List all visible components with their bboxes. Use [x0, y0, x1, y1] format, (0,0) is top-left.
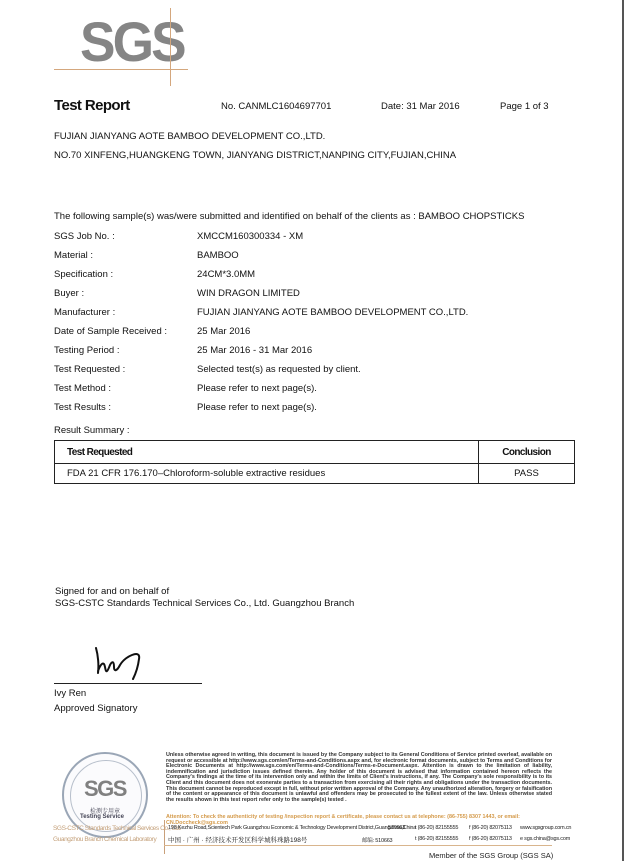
field-label: Test Requested : [54, 364, 125, 375]
result-summary-table: Test Requested Conclusion FDA 21 CFR 176… [54, 440, 575, 484]
field-row-date-received: Date of Sample Received : 25 Mar 2016 [54, 326, 594, 345]
field-label: Buyer : [54, 288, 84, 299]
table-row: FDA 21 CFR 176.170–Chloroform-soluble ex… [55, 464, 575, 484]
footer-fax-cn: f (86-20) 82075113 [469, 836, 512, 842]
footer-address-cn: 中国 · 广州 · 经济技术开发区科学城科珠路198号 [168, 835, 307, 844]
intro-statement: The following sample(s) was/were submitt… [54, 211, 524, 222]
footer-rule-vertical [164, 820, 165, 854]
footer-email-link[interactable]: e sgs.china@sgs.com [520, 836, 570, 842]
signed-on-behalf-line: Signed for and on behalf of [55, 586, 169, 597]
cell-test-requested: FDA 21 CFR 176.170–Chloroform-soluble ex… [55, 464, 479, 484]
field-value: 24CM*3.0MM [197, 269, 255, 280]
signatory-title: Approved Signatory [54, 703, 137, 714]
footer-telephone: t (86-20) 82155555 [415, 825, 458, 831]
field-value: Please refer to next page(s). [197, 383, 317, 394]
logo-rule-vertical [170, 8, 171, 86]
footer-postcode-cn: 邮编: 510663 [362, 836, 392, 844]
field-value: XMCCM160300334 - XM [197, 231, 303, 242]
logo-rule-horizontal [54, 69, 188, 70]
field-value: WIN DRAGON LIMITED [197, 288, 300, 299]
field-row-test-results: Test Results : Please refer to next page… [54, 402, 594, 421]
client-address: NO.70 XINFENG,HUANGKENG TOWN, JIANYANG D… [54, 150, 456, 161]
field-row-test-method: Test Method : Please refer to next page(… [54, 383, 594, 402]
field-label: Date of Sample Received : [54, 326, 167, 337]
field-row-test-requested: Test Requested : Selected test(s) as req… [54, 364, 594, 383]
footer-telephone-cn: t (86-20) 82155555 [415, 836, 458, 842]
footer-address-en: 198 Kezhu Road,Scientech Park Guangzhou … [168, 825, 416, 831]
seal-logo: SGS [84, 776, 126, 802]
field-label: Specification : [54, 269, 113, 280]
field-value: BAMBOO [197, 250, 239, 261]
field-row-specification: Specification : 24CM*3.0MM [54, 269, 594, 288]
field-label: Test Method : [54, 383, 111, 394]
seal-organization-line2: Guangzhou Branch Chemical Laboratory [53, 836, 156, 843]
sgs-logo-text: SGS [80, 14, 184, 70]
seal-organization-line1: SGS-CSTC Standards Technical Services Co… [53, 825, 181, 832]
seal-service-text: Testing Service [80, 814, 124, 820]
field-row-material: Material : BAMBOO [54, 250, 594, 269]
field-row-manufacturer: Manufacturer : FUJIAN JIANYANG AOTE BAMB… [54, 307, 594, 326]
footer-fax: f (86-20) 82075113 [469, 825, 512, 831]
field-row-testing-period: Testing Period : 25 Mar 2016 - 31 Mar 20… [54, 345, 594, 364]
table-header-row: Test Requested Conclusion [55, 441, 575, 464]
report-title: Test Report [54, 97, 130, 114]
field-value: Selected test(s) as requested by client. [197, 364, 361, 375]
signing-organization: SGS-CSTC Standards Technical Services Co… [55, 598, 354, 609]
cell-conclusion: PASS [479, 464, 575, 484]
footer-rule-horizontal [164, 845, 552, 846]
client-name: FUJIAN JIANYANG AOTE BAMBOO DEVELOPMENT … [54, 131, 325, 142]
report-number: No. CANMLC1604697701 [221, 101, 331, 112]
field-label: Test Results : [54, 402, 111, 413]
column-header-test-requested: Test Requested [55, 441, 479, 464]
legal-disclaimer: Unless otherwise agreed in writing, this… [166, 753, 552, 803]
field-value: 25 Mar 2016 - 31 Mar 2016 [197, 345, 312, 356]
field-label: SGS Job No. : [54, 231, 115, 242]
sgs-group-membership: Member of the SGS Group (SGS SA) [429, 851, 553, 860]
handwritten-signature [92, 645, 152, 685]
field-value: 25 Mar 2016 [197, 326, 250, 337]
signature-line [54, 683, 202, 684]
field-label: Material : [54, 250, 93, 261]
field-value: FUJIAN JIANYANG AOTE BAMBOO DEVELOPMENT … [197, 307, 468, 318]
sgs-logo: SGS [54, 8, 188, 84]
field-row-job-no: SGS Job No. : XMCCM160300334 - XM [54, 231, 594, 250]
report-date: Date: 31 Mar 2016 [381, 101, 460, 112]
column-header-conclusion: Conclusion [479, 441, 575, 464]
field-row-buyer: Buyer : WIN DRAGON LIMITED [54, 288, 594, 307]
footer-postcode-en: 510663 [388, 825, 405, 831]
field-value: Please refer to next page(s). [197, 402, 317, 413]
field-label: Testing Period : [54, 345, 119, 356]
signatory-name: Ivy Ren [54, 688, 86, 699]
footer-website-link[interactable]: www.sgsgroup.com.cn [520, 825, 571, 831]
result-summary-label: Result Summary : [54, 425, 130, 436]
field-label: Manufacturer : [54, 307, 115, 318]
page-indicator: Page 1 of 3 [500, 101, 549, 112]
sample-fields: SGS Job No. : XMCCM160300334 - XM Materi… [54, 231, 594, 421]
